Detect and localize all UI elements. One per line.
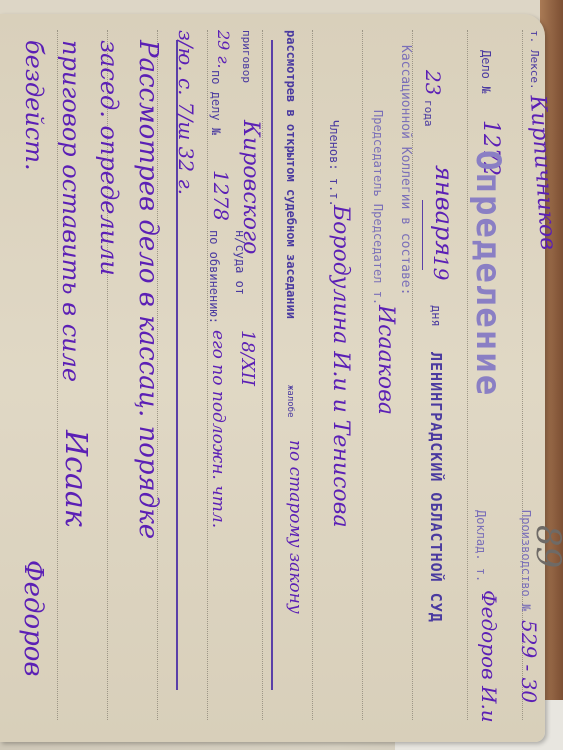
ruling-line-2: засед. определили	[95, 40, 123, 276]
year-short: 29 г.	[214, 30, 233, 69]
date-line: з/ю. с. 7/ш 32 г.	[174, 30, 198, 195]
defendant-name-header: Кирпичников	[525, 94, 561, 251]
po-obvineniyu-label: по обвинению:	[207, 230, 221, 324]
rassmotrev-label: рассмотрев в открытом судебном заседании	[284, 30, 298, 319]
collegia-line: Кассационной Коллегии в составе:	[398, 45, 413, 295]
year-label: года	[422, 100, 435, 127]
predsedatel-label: Председатель Председател т.	[371, 110, 385, 305]
page-number-pencil: 89	[528, 525, 563, 568]
suda-ot-date: 18/XII	[237, 330, 258, 386]
zhaloba-value: по старому закону	[285, 440, 305, 614]
suda-ot-label: н/суда от	[233, 230, 247, 295]
po-delu-label: по делу №	[209, 70, 223, 135]
date-month: января	[430, 165, 458, 256]
po-delu-number: 1278	[209, 170, 233, 221]
court-name: ЛЕНИНГРАДСКИЙ ОБЛАСТНОЙ СУД	[427, 352, 445, 623]
ruling-line-3: приговор оставить в силе	[57, 40, 85, 382]
proizvodstvo-number: 529 - 30	[517, 620, 541, 703]
date-day-label: дня	[429, 305, 443, 327]
po-obvineniyu-value: его по подложн. чтл.	[208, 330, 228, 528]
chlenov-label: Членов: т.т.	[327, 120, 341, 207]
dokladchik-label: Доклад. т.	[474, 510, 488, 582]
signature-2: Федоров	[18, 560, 48, 677]
chlenov-names: Бородулина И.и и Тенисова	[328, 205, 353, 528]
dokladchik-name: Федоров И.и	[477, 590, 501, 723]
zhaloba-label: жалобе	[285, 385, 295, 418]
document-content: т. Лексе. Кирпичников Дело № 1272 23 год…	[0, 0, 563, 750]
delo-label: Дело №	[479, 50, 493, 93]
date-day: 19	[429, 255, 453, 280]
ruling-line-4: бездейст.	[20, 40, 48, 171]
header-left-label: т. Лексе.	[528, 30, 541, 90]
prigovor-label: приговор	[240, 30, 253, 83]
document-title: Определение	[468, 150, 508, 397]
predsedatel-name: Исаакова	[373, 305, 398, 415]
date-day-number: 23	[421, 70, 445, 95]
signature-1: Исаак	[58, 430, 93, 527]
ruling-line-1: Рассмотрев дело в кассац. порядке	[133, 40, 163, 539]
